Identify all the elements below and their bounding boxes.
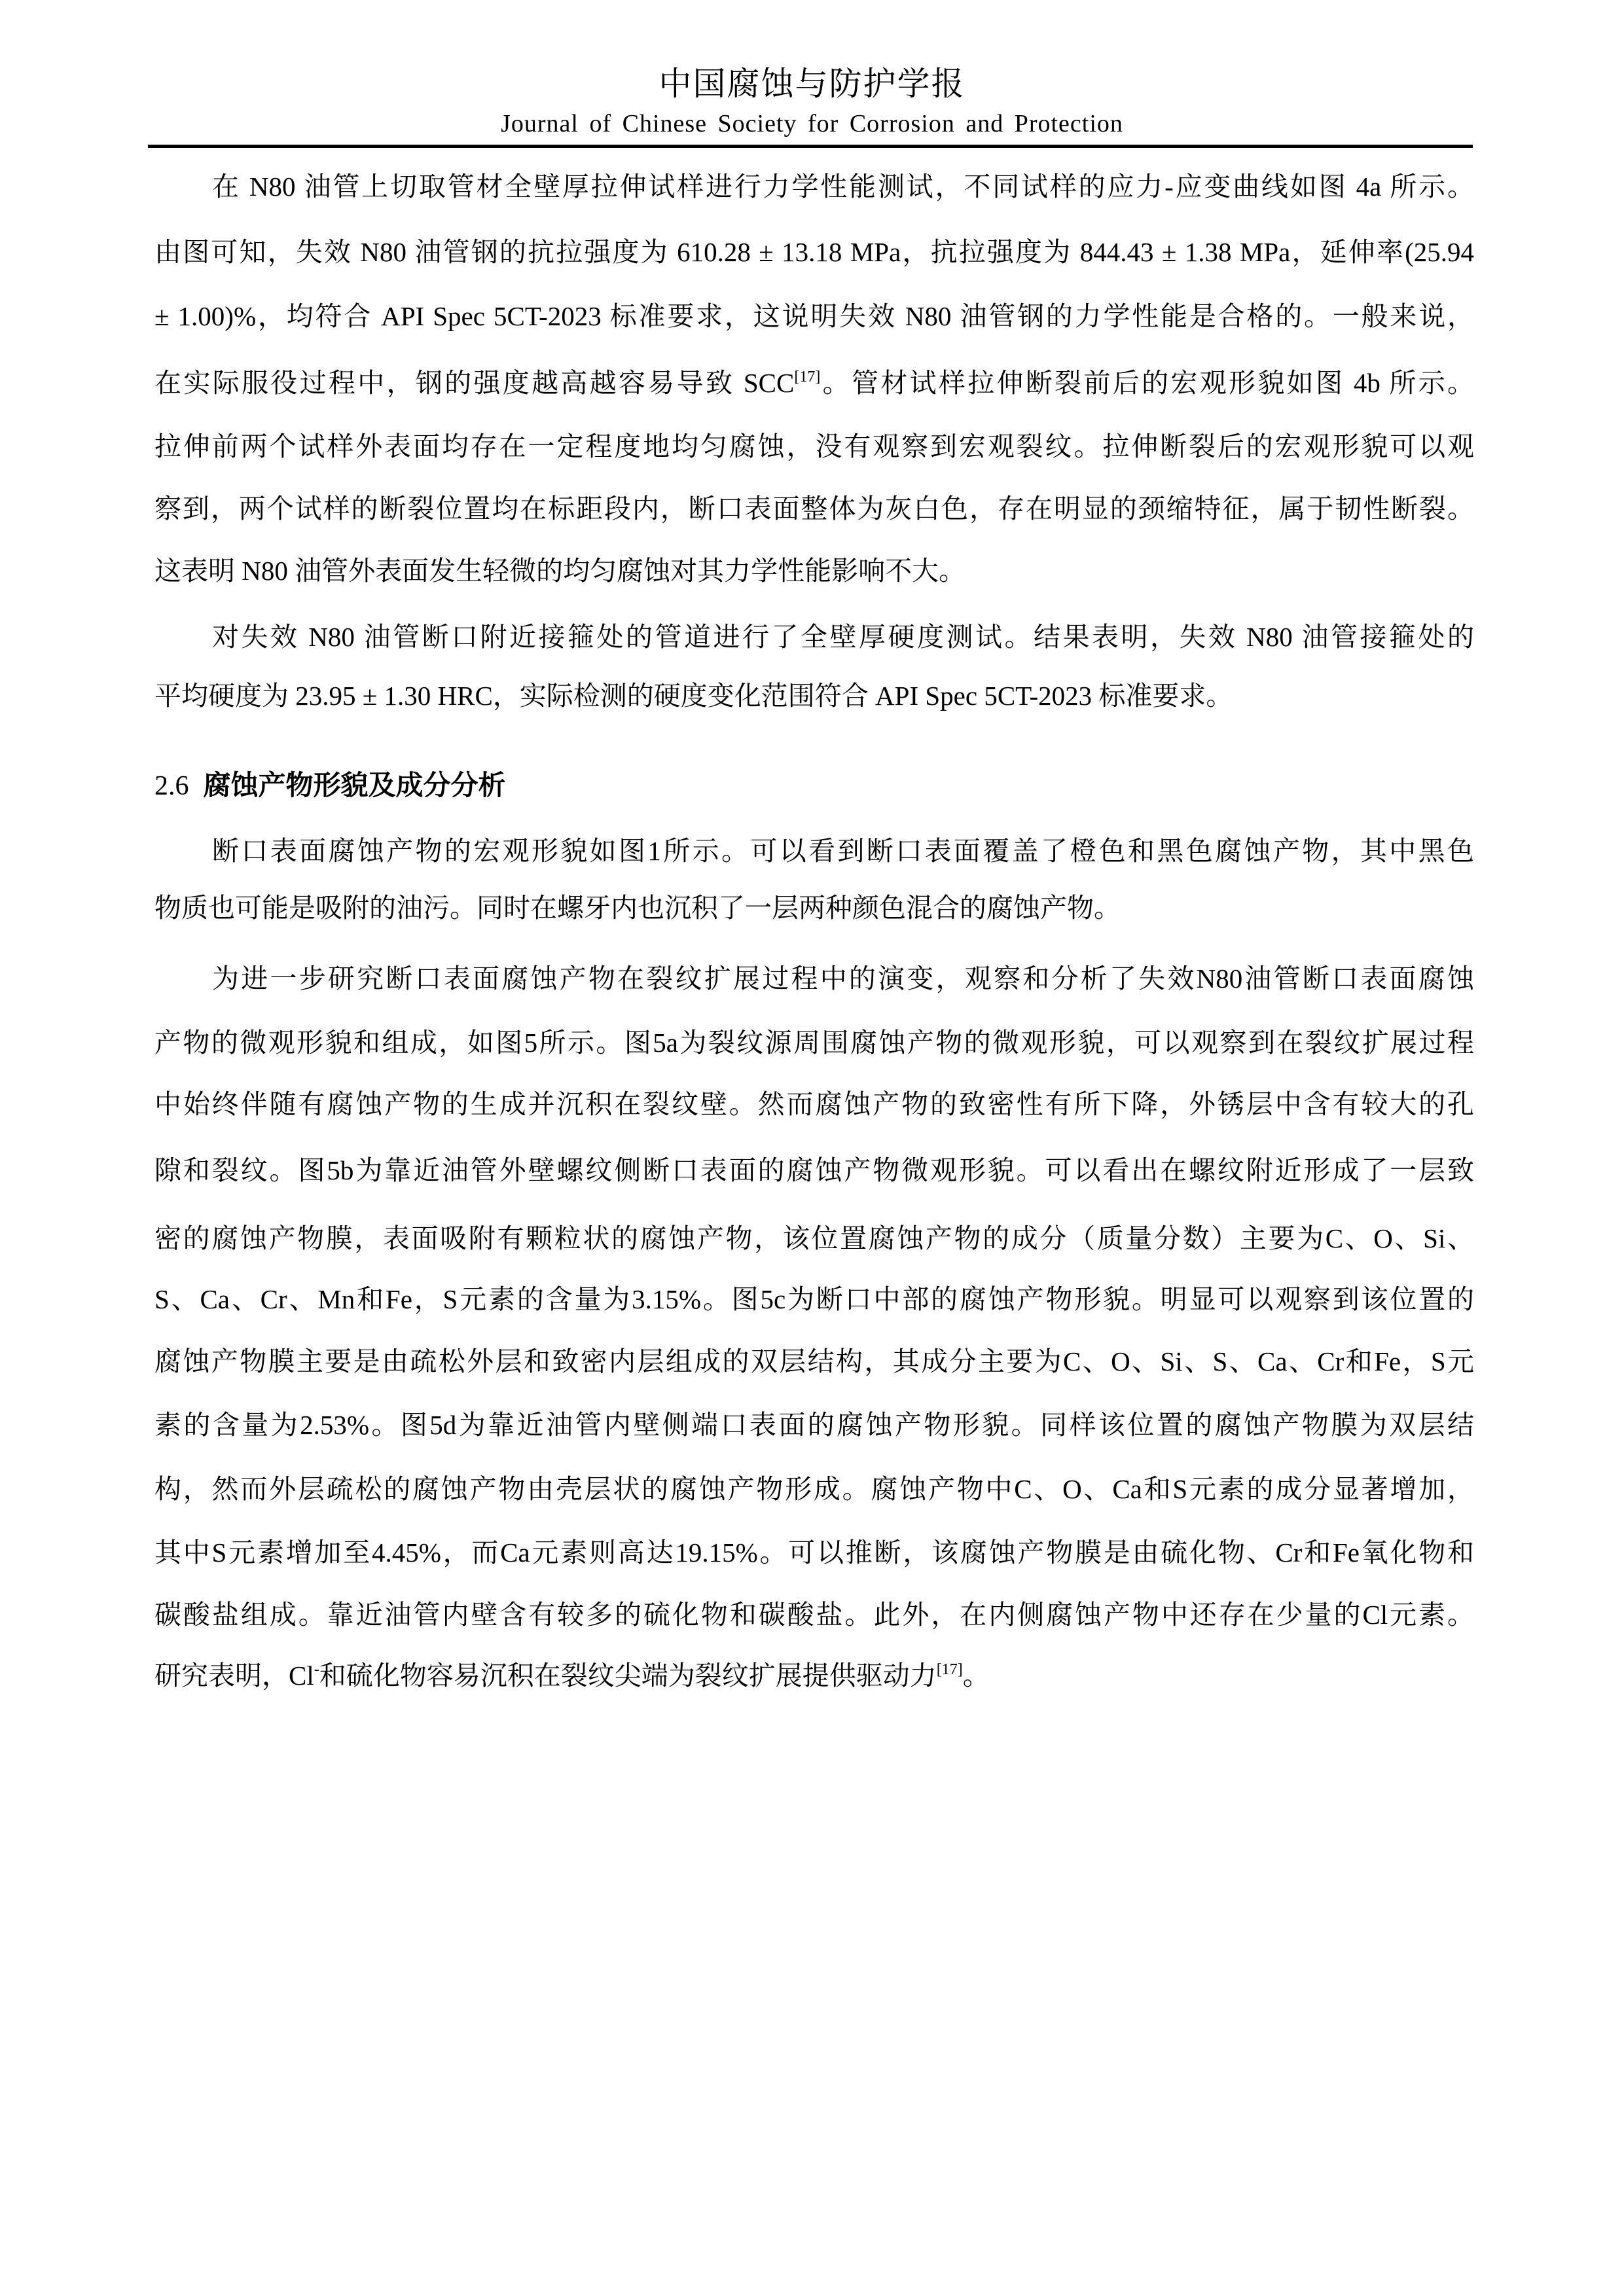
line-text: 在实际服役过程中，钢的强度越高越容易导致 SCC: [154, 368, 794, 398]
line-text: 。: [963, 1660, 990, 1691]
paragraph-line: 隙和裂纹。图5b为靠近油管外壁螺纹侧断口表面的腐蚀产物微观形貌。可以看出在螺纹附…: [154, 1154, 1474, 1187]
paragraph-line: 物质也可能是吸附的油污。同时在螺牙内也沉积了一层两种颜色混合的腐蚀产物。: [154, 891, 1121, 924]
line-text: 。管材试样拉伸断裂前后的宏观形貌如图 4b 所示。: [820, 368, 1474, 398]
paragraph-line: 由图可知，失效 N80 油管钢的抗拉强度为 610.28 ± 13.18 MPa…: [154, 236, 1474, 268]
header-rule: [148, 145, 1473, 148]
paragraph-line: 在 N80 油管上切取管材全壁厚拉伸试样进行力学性能测试，不同试样的应力-应变曲…: [212, 170, 1474, 203]
paragraph-line: 其中S元素增加至4.45%，而Ca元素则高达19.15%。可以推断，该腐蚀产物膜…: [154, 1536, 1474, 1569]
paragraph-line: 产物的微观形貌和组成，如图5所示。图5a为裂纹源周围腐蚀产物的微观形貌，可以观察…: [154, 1026, 1474, 1059]
citation: [17]: [794, 368, 820, 386]
paragraph-line: 察到，两个试样的断裂位置均在标距段内，断口表面整体为灰白色，存在明显的颈缩特征，…: [154, 492, 1474, 525]
document-page: 中国腐蚀与防护学报 Journal of Chinese Society for…: [0, 0, 1624, 2296]
journal-title-chinese: 中国腐蚀与防护学报: [0, 63, 1624, 105]
citation: [17]: [937, 1661, 963, 1678]
paragraph-line: 研究表明，Cl-和硫化物容易沉积在裂纹尖端为裂纹扩展提供驱动力[17]。: [154, 1659, 990, 1692]
section-title: 腐蚀产物形貌及成分分析: [204, 769, 506, 801]
paragraph-line: S、Ca、Cr、Mn和Fe，S元素的含量为3.15%。图5c为断口中部的腐蚀产物…: [154, 1283, 1474, 1316]
paragraph-line: 断口表面腐蚀产物的宏观形貌如图1所示。可以看到断口表面覆盖了橙色和黑色腐蚀产物，…: [212, 834, 1474, 867]
paragraph-line: 拉伸前两个试样外表面均存在一定程度地均匀腐蚀，没有观察到宏观裂纹。拉伸断裂后的宏…: [154, 430, 1474, 463]
paragraph-line: 密的腐蚀产物膜，表面吸附有颗粒状的腐蚀产物，该位置腐蚀产物的成分（质量分数）主要…: [154, 1222, 1474, 1255]
paragraph-line: 中始终伴随有腐蚀产物的生成并沉积在裂纹壁。然而腐蚀产物的致密性有所下降，外锈层中…: [154, 1088, 1474, 1121]
paragraph-line: 腐蚀产物膜主要是由疏松外层和致密内层组成的双层结构，其成分主要为C、O、Si、S…: [154, 1345, 1474, 1378]
section-number: 2.6: [154, 771, 189, 801]
paragraph-line: 在实际服役过程中，钢的强度越高越容易导致 SCC[17]。管材试样拉伸断裂前后的…: [154, 367, 1474, 399]
paragraph-line: 平均硬度为 23.95 ± 1.30 HRC，实际检测的硬度变化范围符合 API…: [154, 679, 1233, 712]
journal-title-english: Journal of Chinese Society for Corrosion…: [0, 109, 1624, 139]
paragraph-line: 这表明 N80 油管外表面发生轻微的均匀腐蚀对其力学性能影响不大。: [154, 554, 965, 587]
paragraph-line: 为进一步研究断口表面腐蚀产物在裂纹扩展过程中的演变，观察和分析了失效N80油管断…: [212, 962, 1474, 995]
line-text: 和硫化物容易沉积在裂纹尖端为裂纹扩展提供驱动力: [319, 1660, 937, 1691]
paragraph-line: 构，然而外层疏松的腐蚀产物由壳层状的腐蚀产物形成。腐蚀产物中C、O、Ca和S元素…: [154, 1473, 1474, 1505]
paragraph-line: 素的含量为2.53%。图5d为靠近油管内壁侧端口表面的腐蚀产物形貌。同样该位置的…: [154, 1408, 1474, 1441]
paragraph-line: 碳酸盐组成。靠近油管内壁含有较多的硫化物和碳酸盐。此外，在内侧腐蚀产物中还存在少…: [154, 1598, 1474, 1631]
superscript-minus: -: [314, 1661, 319, 1678]
paragraph-line: ± 1.00)%，均符合 API Spec 5CT-2023 标准要求，这说明失…: [154, 300, 1474, 332]
paragraph-line: 对失效 N80 油管断口附近接箍处的管道进行了全壁厚硬度测试。结果表明，失效 N…: [212, 620, 1474, 653]
section-heading: 2.6腐蚀产物形貌及成分分析: [154, 768, 506, 802]
line-text: 研究表明，Cl: [154, 1660, 314, 1691]
